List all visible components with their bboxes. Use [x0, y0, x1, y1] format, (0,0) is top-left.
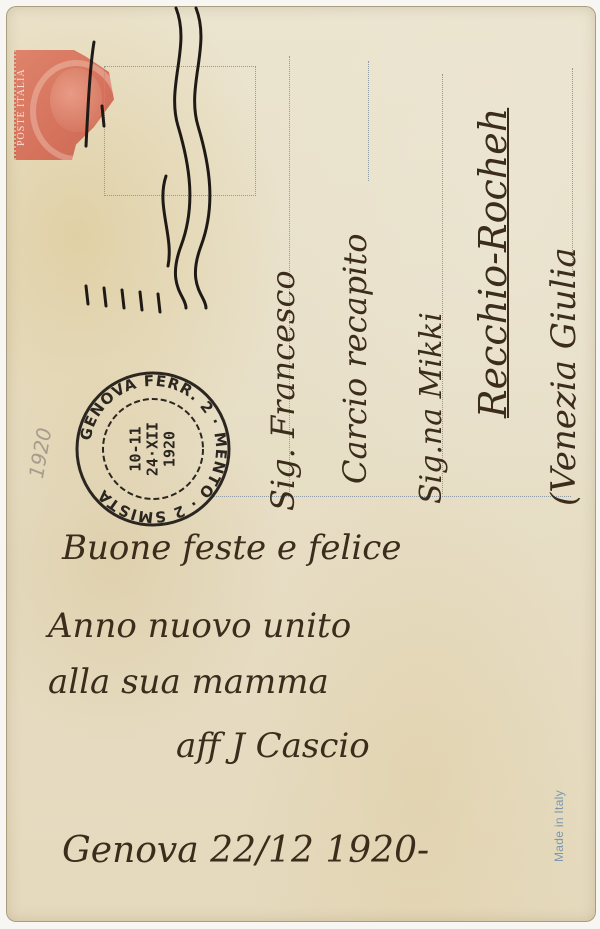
address-line-4: Recchio-Rocheh: [471, 108, 515, 418]
address-line-1: Sig. Francesco: [264, 270, 302, 511]
postmark-day: 24·XII: [145, 422, 162, 476]
postcard-back: POSTE ITALIA 1920: [6, 6, 596, 922]
postmark: GENOVA FERR. 2 · MENTO · 2 SMISTA 10-11 …: [72, 368, 234, 530]
postmark-date: 10-11 24·XII 1920: [128, 422, 179, 476]
address-line-3: Sig.na Mikki: [414, 312, 449, 504]
message-line-2: Anno nuovo unito: [48, 606, 351, 646]
postmark-time: 10-11: [128, 422, 145, 476]
address-line-2: Carcio recapito: [336, 233, 374, 484]
place-date: Genova 22/12 1920-: [62, 830, 429, 871]
address-line-5: (Venezia Giulia: [544, 247, 584, 506]
made-in-italy-imprint: Made in Italy: [552, 790, 566, 862]
signature: aff J Cascio: [176, 726, 370, 766]
message-line-3: alla sua mamma: [48, 662, 329, 702]
postmark-year: 1920: [162, 422, 179, 476]
pencil-year-note: 1920: [24, 426, 56, 480]
message-line-1: Buone feste e felice: [62, 528, 401, 568]
